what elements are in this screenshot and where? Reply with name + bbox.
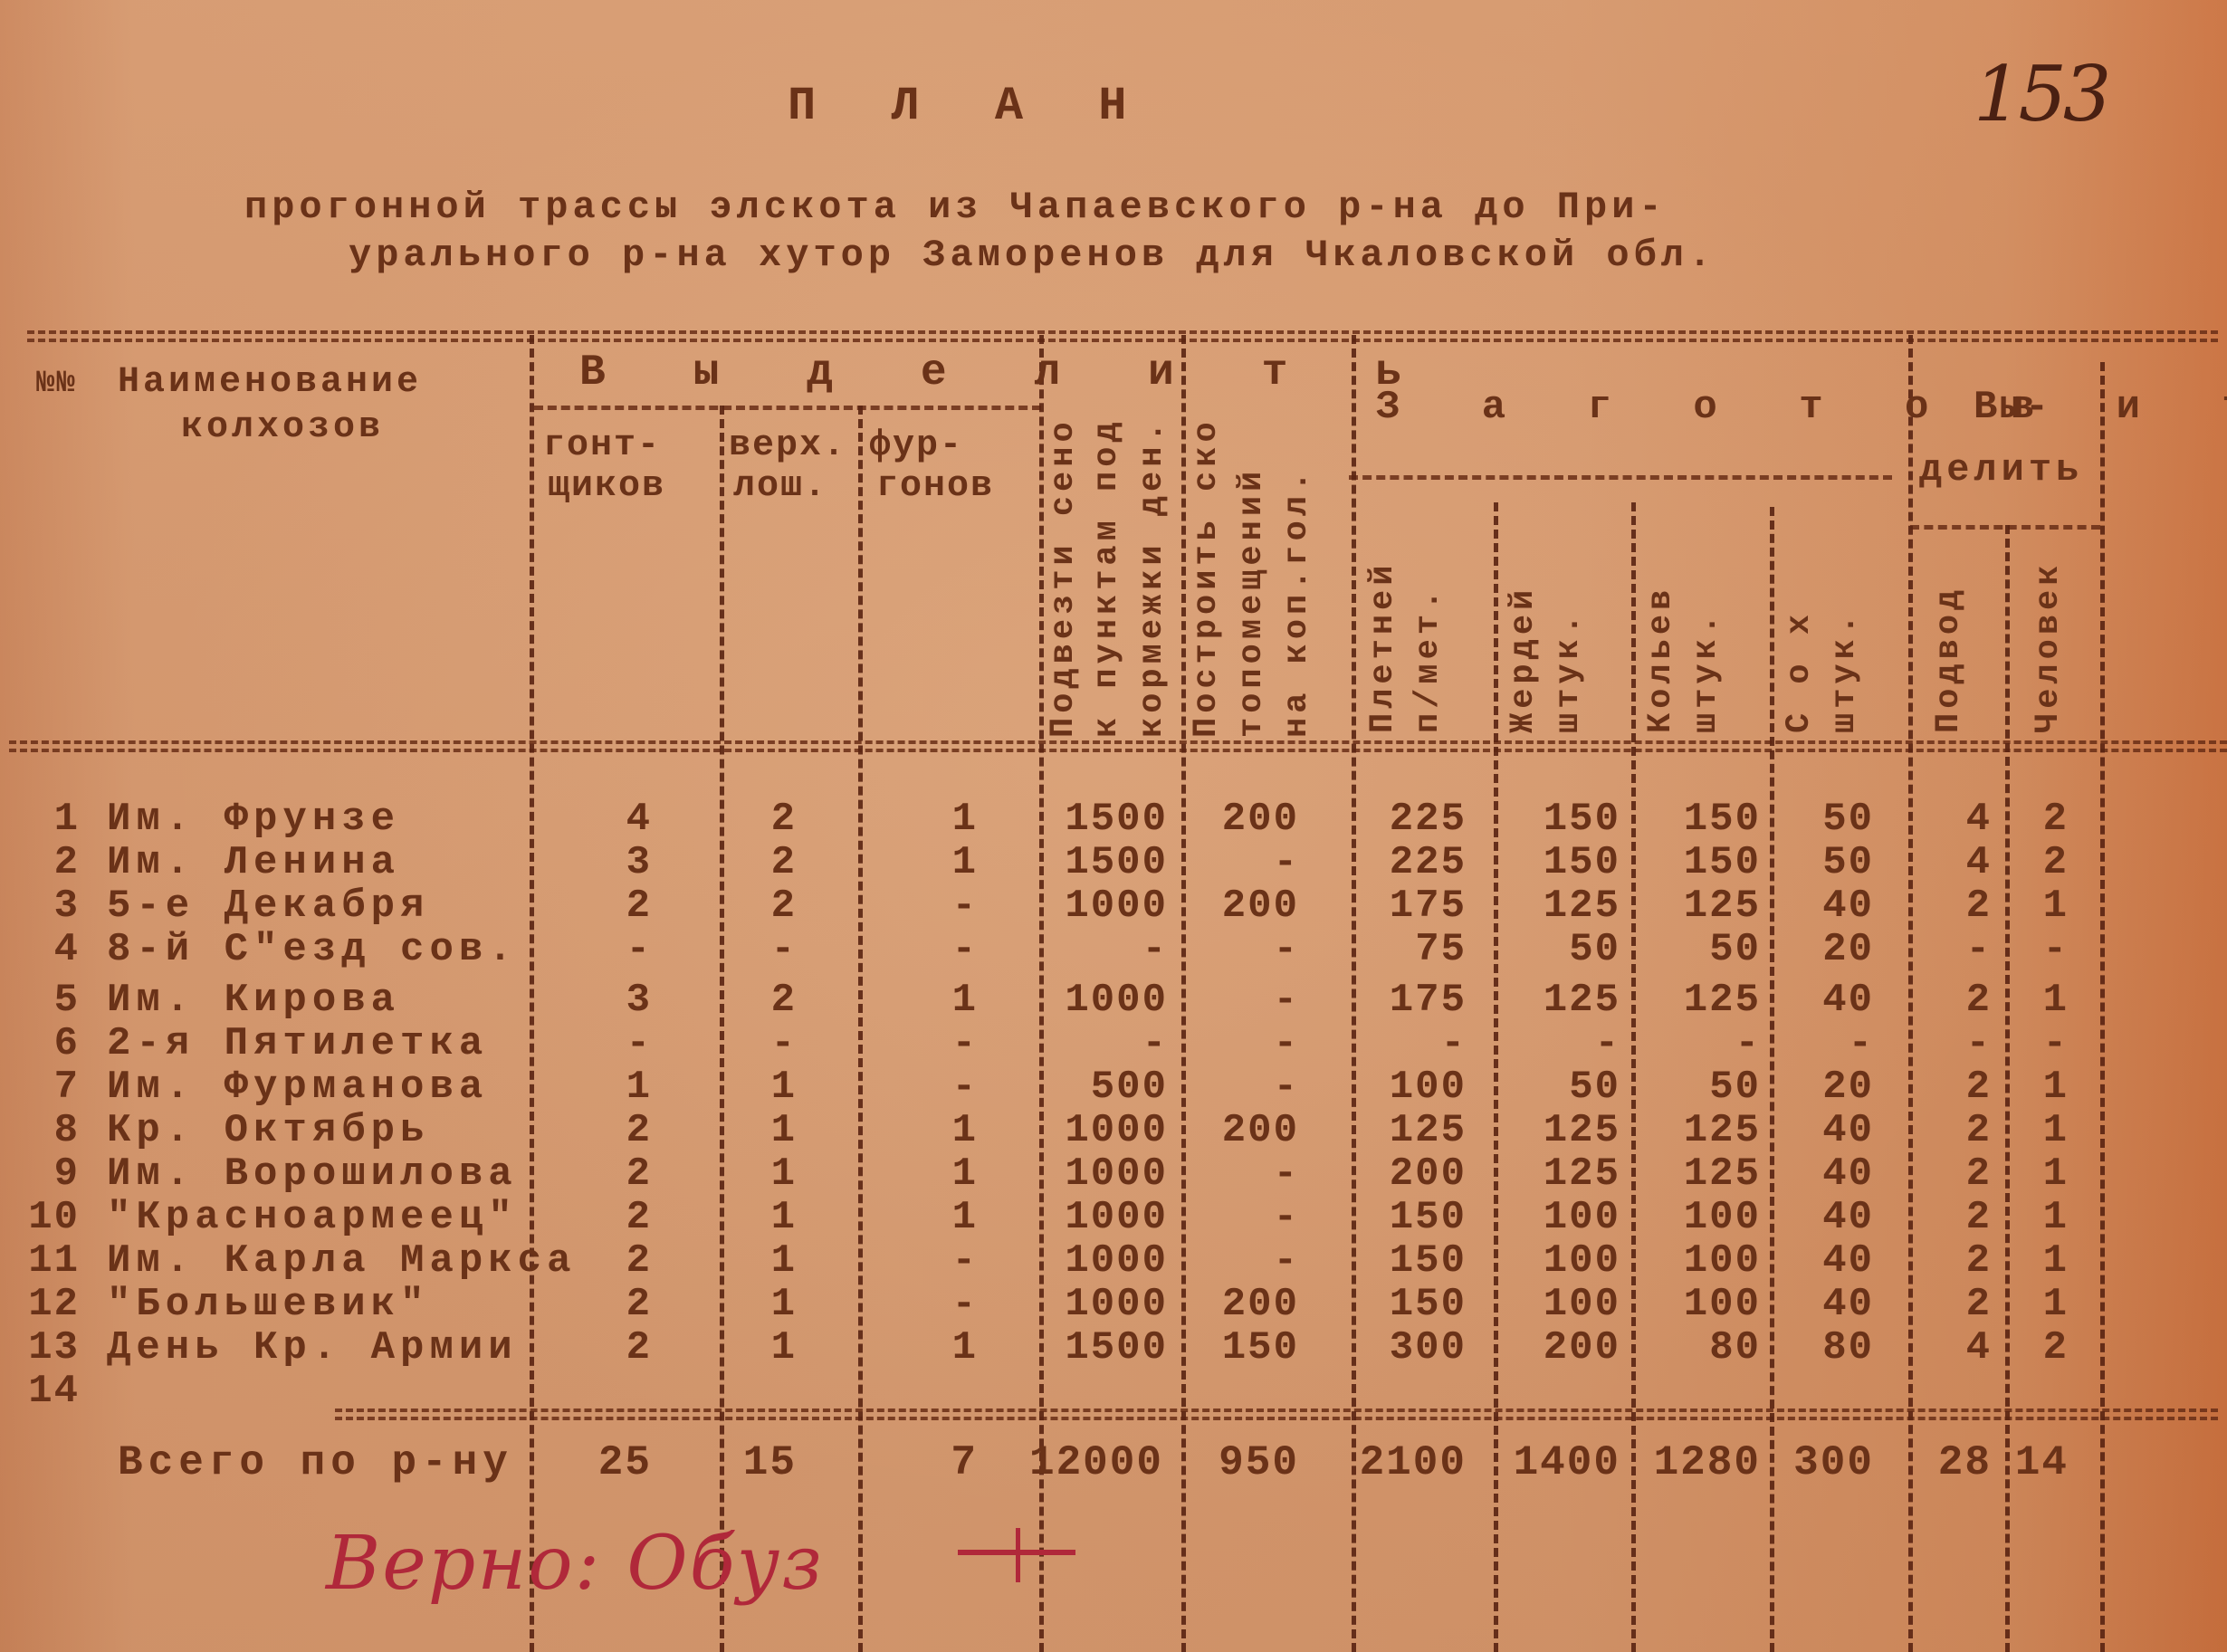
- handwritten-signature: Верно: Обуз: [326, 1521, 824, 1607]
- cell-zherd: 100: [1498, 1195, 1620, 1240]
- document-subtitle-line2: урального р-на хутор Заморенов для Чкало…: [349, 234, 1716, 277]
- totals-verkh: 15: [724, 1439, 797, 1486]
- row-number: 14: [25, 1369, 80, 1414]
- cell-furg: 1: [869, 797, 978, 842]
- cell-kol: 150: [1634, 797, 1761, 842]
- cell-verkh: 2: [724, 840, 797, 885]
- cell-gont: 2: [543, 1151, 652, 1197]
- cell-plet: 150: [1353, 1195, 1467, 1240]
- cell-kol: 150: [1634, 840, 1761, 885]
- header-group-vydelit2-line1: Вы-: [1974, 385, 2050, 430]
- cell-gont: 2: [543, 1238, 652, 1284]
- totals-zherd: 1400: [1498, 1439, 1620, 1486]
- header-num: №№: [36, 367, 77, 401]
- cell-furg: 1: [869, 1108, 978, 1153]
- totals-sokh: 300: [1774, 1439, 1874, 1486]
- cell-seno: 1000: [1041, 1151, 1168, 1197]
- cell-zherd: 200: [1498, 1325, 1620, 1370]
- cell-chel: 1: [2010, 1238, 2069, 1284]
- cell-plet: 125: [1353, 1108, 1467, 1153]
- row-number: 7: [25, 1065, 80, 1110]
- totals-label: Всего по р-ну: [118, 1439, 513, 1486]
- table-row: 7Им. Фурманова11-500-10050502021: [0, 1065, 2227, 1108]
- cell-kol: 125: [1634, 978, 1761, 1023]
- header-pletnei-line2: п/мет.: [1408, 507, 1449, 733]
- cell-gont: 2: [543, 1195, 652, 1240]
- header-zherdei-line2: штук.: [1548, 507, 1590, 733]
- cell-furg: -: [869, 1021, 978, 1066]
- kolkhoz-name: "Большевик": [107, 1282, 429, 1327]
- cell-chel: 1: [2010, 1195, 2069, 1240]
- cell-sokh: 50: [1774, 840, 1874, 885]
- cell-verkh: 2: [724, 883, 797, 929]
- table-row: 12"Большевик"21-10002001501001004021: [0, 1282, 2227, 1325]
- cell-postr: 200: [1186, 797, 1299, 842]
- cell-chel: -: [2010, 927, 2069, 972]
- cell-zherd: -: [1498, 1021, 1620, 1066]
- table-row: 9Им. Ворошилова2111000-2001251254021: [0, 1151, 2227, 1195]
- cell-gont: -: [543, 1021, 652, 1066]
- cell-verkh: 1: [724, 1282, 797, 1327]
- header-zherdei-line1: Жердей: [1503, 507, 1544, 733]
- cell-postr: -: [1186, 927, 1299, 972]
- kolkhoz-name: 2-я Пятилетка: [107, 1021, 488, 1066]
- cell-furg: -: [869, 1282, 978, 1327]
- cell-sokh: 20: [1774, 927, 1874, 972]
- cell-podv: 2: [1915, 1065, 1992, 1110]
- cell-gont: 2: [543, 1325, 652, 1370]
- totals-podv: 28: [1915, 1439, 1992, 1486]
- cell-postr: 200: [1186, 1108, 1299, 1153]
- page-number: 153: [1974, 50, 2108, 138]
- table-row: 8Кр. Октябрь21110002001251251254021: [0, 1108, 2227, 1151]
- cell-podv: 4: [1915, 840, 1992, 885]
- cell-furg: -: [869, 1238, 978, 1284]
- cell-gont: 1: [543, 1065, 652, 1110]
- row-number: 8: [25, 1108, 80, 1153]
- cell-zherd: 125: [1498, 1151, 1620, 1197]
- cell-seno: 1500: [1041, 840, 1168, 885]
- cell-kol: 80: [1634, 1325, 1761, 1370]
- cell-kol: 125: [1634, 1151, 1761, 1197]
- totals-postr: 950: [1186, 1439, 1299, 1486]
- cell-sokh: 40: [1774, 1108, 1874, 1153]
- cell-verkh: -: [724, 1021, 797, 1066]
- cell-seno: 1000: [1041, 1108, 1168, 1153]
- cell-seno: 1000: [1041, 883, 1168, 929]
- cell-chel: 2: [2010, 840, 2069, 885]
- kolkhoz-name: 5-е Декабря: [107, 883, 429, 929]
- header-postroit-line2: топомещений: [1231, 349, 1273, 738]
- header-verkh-line2: лош.: [733, 466, 827, 507]
- cell-zherd: 150: [1498, 797, 1620, 842]
- kolkhoz-name: Им. Карла Маркса: [107, 1238, 576, 1284]
- kolkhoz-name: Им. Кирова: [107, 978, 400, 1023]
- cell-gont: 2: [543, 883, 652, 929]
- header-group-zagotovit: З а г о т о в и т ь: [1376, 385, 2227, 430]
- kolkhoz-name: День Кр. Армии: [107, 1325, 518, 1370]
- cell-plet: 100: [1353, 1065, 1467, 1110]
- cell-gont: 2: [543, 1282, 652, 1327]
- header-seno-line2: к пунктам под: [1086, 349, 1128, 738]
- cell-furg: -: [869, 883, 978, 929]
- cell-seno: 1000: [1041, 1238, 1168, 1284]
- kolkhoz-name: Им. Фрунзе: [107, 797, 400, 842]
- cell-sokh: 80: [1774, 1325, 1874, 1370]
- cell-kol: 100: [1634, 1282, 1761, 1327]
- cell-plet: 300: [1353, 1325, 1467, 1370]
- cell-chel: 2: [2010, 1325, 2069, 1370]
- header-sokh-line1: С о х: [1779, 507, 1821, 733]
- cell-postr: -: [1186, 1065, 1299, 1110]
- cell-furg: -: [869, 1065, 978, 1110]
- cell-sokh: 40: [1774, 883, 1874, 929]
- cell-plet: 200: [1353, 1151, 1467, 1197]
- header-bottom-rule: [9, 740, 2227, 752]
- cell-podv: 2: [1915, 883, 1992, 929]
- cell-chel: 1: [2010, 1065, 2069, 1110]
- table-row: 10"Красноармеец"2111000-1501001004021: [0, 1195, 2227, 1238]
- cell-postr: -: [1186, 1151, 1299, 1197]
- table-row: 11Им. Карла Маркса21-1000-1501001004021: [0, 1238, 2227, 1282]
- cell-zherd: 50: [1498, 927, 1620, 972]
- row-number: 11: [25, 1238, 80, 1284]
- cell-verkh: 1: [724, 1108, 797, 1153]
- cell-zherd: 125: [1498, 978, 1620, 1023]
- cell-seno: 1000: [1041, 978, 1168, 1023]
- table-row: 2Им. Ленина3211500-2251501505042: [0, 840, 2227, 883]
- cell-seno: -: [1041, 927, 1168, 972]
- kolkhoz-name: Им. Фурманова: [107, 1065, 488, 1110]
- cell-chel: 2: [2010, 797, 2069, 842]
- cell-podv: 2: [1915, 978, 1992, 1023]
- header-seno-line3: кормежки ден.: [1132, 349, 1173, 738]
- cell-seno: 500: [1041, 1065, 1168, 1110]
- cell-kol: 125: [1634, 1108, 1761, 1153]
- cell-postr: -: [1186, 840, 1299, 885]
- cell-podv: -: [1915, 927, 1992, 972]
- cell-plet: -: [1353, 1021, 1467, 1066]
- vydelit-group-rule: [534, 406, 1041, 410]
- cell-plet: 225: [1353, 840, 1467, 885]
- kolkhoz-name: "Красноармеец": [107, 1195, 518, 1240]
- cell-gont: 3: [543, 840, 652, 885]
- header-chelovek: Человек: [2028, 539, 2069, 733]
- cell-gont: -: [543, 927, 652, 972]
- header-kolyshkov-line2: штук.: [1686, 507, 1727, 733]
- cell-gont: 4: [543, 797, 652, 842]
- cell-furg: 1: [869, 1195, 978, 1240]
- header-furg-line1: фур-: [869, 425, 963, 466]
- cell-kol: 100: [1634, 1195, 1761, 1240]
- header-kolyshkov-line1: Кольев: [1640, 507, 1682, 733]
- cell-verkh: 1: [724, 1195, 797, 1240]
- header-name-line1: Наименование: [118, 362, 422, 403]
- header-gont-line2: щиков: [548, 466, 665, 507]
- row-number: 13: [25, 1325, 80, 1370]
- header-furg-line2: гонов: [876, 466, 994, 507]
- cell-zherd: 125: [1498, 1108, 1620, 1153]
- cell-kol: -: [1634, 1021, 1761, 1066]
- cell-sokh: 50: [1774, 797, 1874, 842]
- cell-plet: 150: [1353, 1282, 1467, 1327]
- kolkhoz-name: 8-й С"езд сов.: [107, 927, 518, 972]
- cell-postr: -: [1186, 1195, 1299, 1240]
- cell-zherd: 50: [1498, 1065, 1620, 1110]
- cell-plet: 225: [1353, 797, 1467, 842]
- totals-row: Всего по р-ну 25 15 7 12000 950 2100 140…: [0, 1439, 2227, 1483]
- cell-kol: 125: [1634, 883, 1761, 929]
- cell-postr: 200: [1186, 1282, 1299, 1327]
- cell-postr: -: [1186, 1238, 1299, 1284]
- cell-plet: 175: [1353, 883, 1467, 929]
- cell-kol: 50: [1634, 927, 1761, 972]
- cell-sokh: -: [1774, 1021, 1874, 1066]
- row-number: 9: [25, 1151, 80, 1197]
- cell-chel: 1: [2010, 1108, 2069, 1153]
- table-row: 1Им. Фрунзе42115002002251501505042: [0, 797, 2227, 840]
- cell-plet: 175: [1353, 978, 1467, 1023]
- kolkhoz-name: Кр. Октябрь: [107, 1108, 429, 1153]
- cell-seno: 1000: [1041, 1195, 1168, 1240]
- header-podvod: Подвод: [1928, 539, 1970, 733]
- cell-furg: 1: [869, 840, 978, 885]
- cell-postr: 200: [1186, 883, 1299, 929]
- cell-seno: 1500: [1041, 1325, 1168, 1370]
- header-name-line2: колхозов: [181, 407, 384, 448]
- totals-plet: 2100: [1353, 1439, 1467, 1486]
- row-number: 1: [25, 797, 80, 842]
- cell-verkh: 1: [724, 1151, 797, 1197]
- document-title: П Л А Н: [788, 80, 1150, 133]
- cell-sokh: 40: [1774, 1195, 1874, 1240]
- totals-seno: 12000: [1014, 1439, 1163, 1486]
- cell-podv: 2: [1915, 1108, 1992, 1153]
- table-row: 35-е Декабря22-10002001751251254021: [0, 883, 2227, 927]
- cell-chel: 1: [2010, 1151, 2069, 1197]
- cell-chel: 1: [2010, 883, 2069, 929]
- cell-verkh: 1: [724, 1325, 797, 1370]
- cell-chel: 1: [2010, 978, 2069, 1023]
- cell-furg: 1: [869, 978, 978, 1023]
- totals-chel: 14: [2010, 1439, 2069, 1486]
- zagotovit-group-rule: [1349, 475, 1892, 480]
- cell-chel: -: [2010, 1021, 2069, 1066]
- cell-zherd: 100: [1498, 1238, 1620, 1284]
- cell-plet: 75: [1353, 927, 1467, 972]
- cell-zherd: 150: [1498, 840, 1620, 885]
- cell-verkh: -: [724, 927, 797, 972]
- cell-podv: 4: [1915, 1325, 1992, 1370]
- cell-sokh: 40: [1774, 978, 1874, 1023]
- cell-postr: -: [1186, 1021, 1299, 1066]
- cell-podv: 2: [1915, 1282, 1992, 1327]
- cell-podv: 2: [1915, 1151, 1992, 1197]
- row-number: 5: [25, 978, 80, 1023]
- cell-podv: -: [1915, 1021, 1992, 1066]
- cell-chel: 1: [2010, 1282, 2069, 1327]
- cell-kol: 50: [1634, 1065, 1761, 1110]
- header-postroit-line3: на коп.гол.: [1276, 349, 1318, 738]
- cell-verkh: 1: [724, 1065, 797, 1110]
- cell-verkh: 2: [724, 978, 797, 1023]
- cell-sokh: 20: [1774, 1065, 1874, 1110]
- cell-podv: 2: [1915, 1195, 1992, 1240]
- cell-sokh: 40: [1774, 1238, 1874, 1284]
- row-number: 10: [25, 1195, 80, 1240]
- table-row: 48-й С"езд сов.-----75505020--: [0, 927, 2227, 970]
- row-number: 4: [25, 927, 80, 972]
- header-pletnei-line1: Плетней: [1362, 507, 1404, 733]
- totals-kol: 1280: [1634, 1439, 1761, 1486]
- cell-postr: 150: [1186, 1325, 1299, 1370]
- totals-furg: 7: [869, 1439, 978, 1486]
- cell-furg: -: [869, 927, 978, 972]
- cell-verkh: 2: [724, 797, 797, 842]
- header-sokh-line2: штук.: [1824, 507, 1866, 733]
- cell-furg: 1: [869, 1325, 978, 1370]
- header-gont-line1: гонт-: [543, 425, 661, 466]
- kolkhoz-name: Им. Ленина: [107, 840, 400, 885]
- totals-gont: 25: [543, 1439, 652, 1486]
- table-top-rule: [27, 330, 2218, 342]
- cell-sokh: 40: [1774, 1282, 1874, 1327]
- cell-seno: -: [1041, 1021, 1168, 1066]
- cell-podv: 4: [1915, 797, 1992, 842]
- row-number: 2: [25, 840, 80, 885]
- table-row: 13День Кр. Армии2111500150300200808042: [0, 1325, 2227, 1369]
- cell-zherd: 125: [1498, 883, 1620, 929]
- table-row: 14: [0, 1369, 2227, 1412]
- cell-sokh: 40: [1774, 1151, 1874, 1197]
- cell-kol: 100: [1634, 1238, 1761, 1284]
- cell-plet: 150: [1353, 1238, 1467, 1284]
- document-subtitle-line1: прогонной трассы элскота из Чапаевского …: [244, 186, 1667, 229]
- row-number: 6: [25, 1021, 80, 1066]
- header-group-vydelit2-line2: делить: [1919, 448, 2083, 492]
- cell-gont: 3: [543, 978, 652, 1023]
- signature-stroke: [1016, 1528, 1020, 1582]
- row-number: 3: [25, 883, 80, 929]
- cell-verkh: 1: [724, 1238, 797, 1284]
- row-number: 12: [25, 1282, 80, 1327]
- header-postroit-line1: Построить ско: [1186, 349, 1228, 738]
- cell-zherd: 100: [1498, 1282, 1620, 1327]
- table-row: 5Им. Кирова3211000-1751251254021: [0, 978, 2227, 1021]
- cell-gont: 2: [543, 1108, 652, 1153]
- table-row: 62-я Пятилетка-----------: [0, 1021, 2227, 1065]
- header-verkh-line1: верх.: [729, 425, 846, 466]
- cell-podv: 2: [1915, 1238, 1992, 1284]
- cell-furg: 1: [869, 1151, 978, 1197]
- cell-seno: 1000: [1041, 1282, 1168, 1327]
- header-seno-line1: Подвезти сено: [1043, 349, 1085, 738]
- cell-seno: 1500: [1041, 797, 1168, 842]
- cell-postr: -: [1186, 978, 1299, 1023]
- kolkhoz-name: Им. Ворошилова: [107, 1151, 518, 1197]
